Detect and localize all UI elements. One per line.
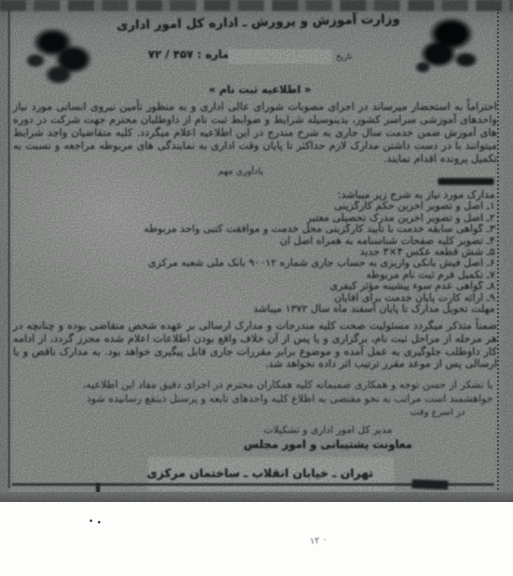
list-item: ۹ـ ارائه کارت پایان خدمت برای آقایان <box>55 293 495 304</box>
closing-fragment: در اسرع وقت <box>410 407 465 418</box>
list-item: ۸ـ گواهی عدم سوء پیشینه مؤثر کیفری <box>55 281 495 292</box>
list-item: ۴ـ تصویر کلیه صفحات شناسنامه به همراه اص… <box>55 236 495 247</box>
frame-border-left <box>8 9 10 488</box>
body-paragraph-1: احتراماً به استحضار میرساند در اجرای مصو… <box>13 101 497 166</box>
date-field: تاریخ <box>336 52 352 61</box>
list-item: ۲ـ اصل و تصویر آخرین مدرک تحصیلی معتبر <box>55 213 495 224</box>
scanned-document: وزارت آموزش و پرورش ـ اداره کل امور ادار… <box>0 0 513 502</box>
page: وزارت آموزش و پرورش ـ اداره کل امور ادار… <box>0 0 513 576</box>
subject-heading: « اطلاعیه ثبت نام » <box>138 84 382 96</box>
signature-block: مدیر کل امور اداری و تشکیلات معاونت پشتی… <box>178 424 478 452</box>
ink-smudge-dash <box>438 178 494 185</box>
left-emblem-icon <box>20 20 106 90</box>
scan-bottom-shadow <box>0 492 513 502</box>
list-item: مدارک مورد نیاز به شرح زیر میباشد: <box>55 190 495 201</box>
blank-field-box <box>228 49 332 64</box>
closing-lines: با تشکر از حسن توجه و همکاری صمیمانه کلی… <box>41 379 493 406</box>
margin-mark-left: •• <box>87 517 105 530</box>
list-item: ۷ـ تکمیل فرم ثبت نام مربوطه <box>55 270 495 281</box>
list-item: ۱ـ اصل و تصویر آخرین حکم کارگزینی <box>55 201 495 212</box>
list-item: ۶ـ اصل فیش بانکی واریزی به حساب جاری شما… <box>55 258 495 269</box>
ref-number-field: شماره : ۴۵۷ / ۷۲ <box>148 48 241 61</box>
footer-address: تهران ـ خیابان انقلاب ـ ساختمان مرکزی <box>118 466 402 480</box>
requirements-list: مدارک مورد نیاز به شرح زیر میباشد:۱ـ اصل… <box>55 190 495 315</box>
frame-border-right-dotted <box>497 9 499 490</box>
list-item: مهلت تحویل مدارک تا پایان اسفند ماه سال … <box>55 304 495 315</box>
note-fragment: یادآوری مهم <box>218 167 263 177</box>
body-paragraph-2: ضمناً متذکر میگردد مسئولیت صحت کلیه مندر… <box>13 320 497 371</box>
right-emblem-icon <box>404 8 490 82</box>
margin-mark-right: ٠ ١٢ <box>309 535 328 547</box>
signature-title-line1: مدیر کل امور اداری و تشکیلات <box>178 424 478 438</box>
signature-title-line2: معاونت پشتیبانی و امور مجلس <box>178 438 478 452</box>
letterhead-title: وزارت آموزش و پرورش ـ اداره کل امور ادار… <box>124 11 400 32</box>
list-item: ۳ـ گواهی سابقه خدمت با تأیید کارگزینی مح… <box>55 224 495 235</box>
ink-blot <box>412 479 448 489</box>
list-item: ۵ـ شش قطعه عکس ۴×۳ جدید <box>55 247 495 258</box>
